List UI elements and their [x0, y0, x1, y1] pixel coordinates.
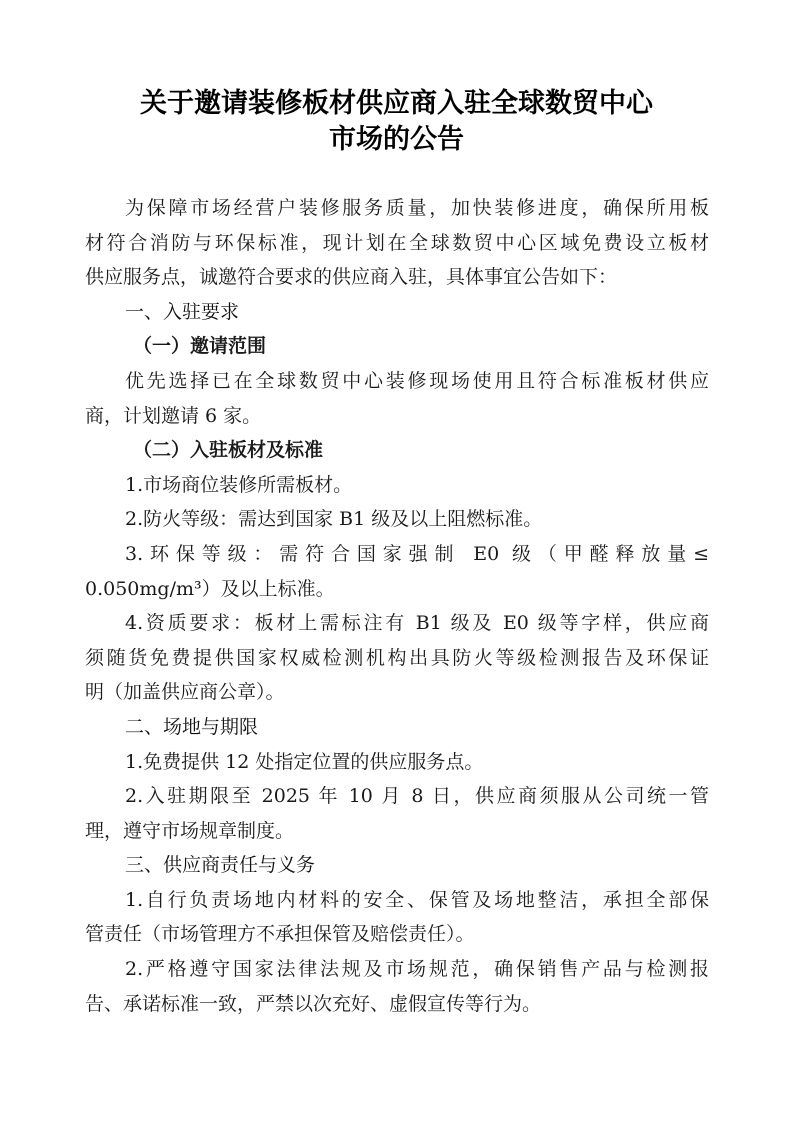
document-page: 关于邀请装修板材供应商入驻全球数贸中心 市场的公告 为保障市场经营户装修服务质量… [0, 0, 793, 1122]
paragraph-line: 材符合消防与环保标准，现计划在全球数贸中心区域免费设立板材 [85, 226, 709, 261]
list-item: 2.严格遵守国家法律法规及市场规范，确保销售产品与检测报 [85, 952, 709, 987]
paragraph-line: 供应服务点，诚邀符合要求的供应商入驻，具体事宜公告如下： [85, 260, 709, 295]
list-item-continuation: 理，遵守市场规章制度。 [85, 814, 709, 849]
section-heading-1: 一、入驻要求 [85, 295, 709, 330]
document-title-line-1: 关于邀请装修板材供应商入驻全球数贸中心 [0, 86, 793, 122]
list-item: 1.免费提供 12 处指定位置的供应服务点。 [85, 745, 709, 780]
paragraph-line: 优先选择已在全球数贸中心装修现场使用且符合标准板材供应 [85, 364, 709, 399]
list-item: 4.资质要求：板材上需标注有 B1 级及 E0 级等字样，供应商 [85, 606, 709, 641]
list-item-continuation: 0.050mg/m³）及以上标准。 [85, 572, 709, 607]
standards-list: 1.市场商位装修所需板材。 2.防火等级：需达到国家 B1 级及以上阻燃标准。 … [85, 468, 709, 710]
section-heading-2: 二、场地与期限 [85, 710, 709, 745]
document-title-line-2: 市场的公告 [0, 122, 793, 158]
list-item-continuation: 须随货免费提供国家权威检测机构出具防火等级检测报告及环保证 [85, 641, 709, 676]
subsection-heading-2: （二）入驻板材及标准 [85, 433, 709, 468]
list-item: 2.入驻期限至 2025 年 10 月 8 日，供应商须服从公司统一管 [85, 779, 709, 814]
list-item: 1.自行负责场地内材料的安全、保管及场地整洁，承担全部保 [85, 883, 709, 918]
invitation-scope-paragraph: 优先选择已在全球数贸中心装修现场使用且符合标准板材供应 商，计划邀请 6 家。 [85, 364, 709, 433]
subsection-heading-1: （一）邀请范围 [85, 329, 709, 364]
responsibilities-list: 1.自行负责场地内材料的安全、保管及场地整洁，承担全部保 管责任（市场管理方不承… [85, 883, 709, 1021]
list-item-continuation: 告、承诺标准一致，严禁以次充好、虚假宣传等行为。 [85, 987, 709, 1022]
paragraph-line: 商，计划邀请 6 家。 [85, 399, 709, 434]
list-item-continuation: 管责任（市场管理方不承担保管及赔偿责任）。 [85, 917, 709, 952]
paragraph-line: 为保障市场经营户装修服务质量，加快装修进度，确保所用板 [85, 191, 709, 226]
intro-paragraph: 为保障市场经营户装修服务质量，加快装修进度，确保所用板 材符合消防与环保标准，现… [85, 191, 709, 295]
list-item-continuation: 明（加盖供应商公章）。 [85, 675, 709, 710]
list-item: 3.环保等级：需符合国家强制 E0 级（甲醛释放量≤ [85, 537, 709, 572]
list-item: 2.防火等级：需达到国家 B1 级及以上阻燃标准。 [85, 502, 709, 537]
venue-term-list: 1.免费提供 12 处指定位置的供应服务点。 2.入驻期限至 2025 年 10… [85, 745, 709, 849]
list-item: 1.市场商位装修所需板材。 [85, 468, 709, 503]
section-heading-3: 三、供应商责任与义务 [85, 848, 709, 883]
document-body: 为保障市场经营户装修服务质量，加快装修进度，确保所用板 材符合消防与环保标准，现… [85, 191, 709, 1021]
